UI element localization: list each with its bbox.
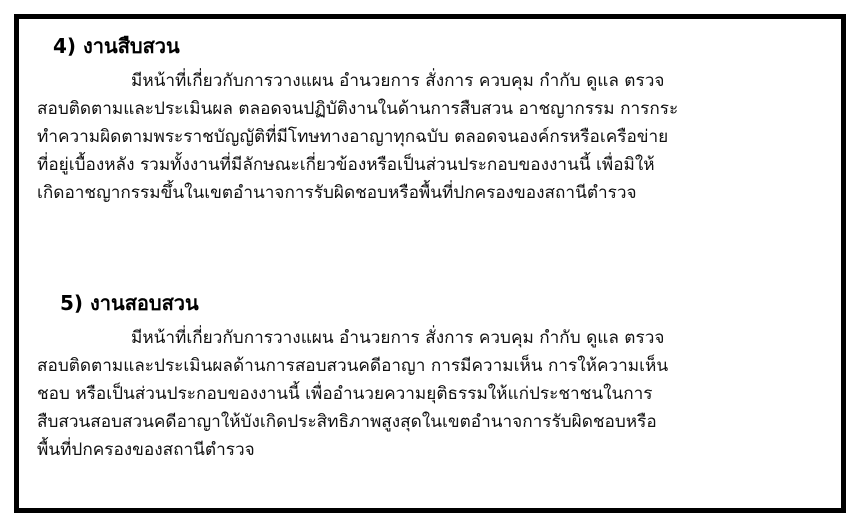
paragraph-line: สอบติดตามและประเมินผล ตลอดจนปฏิบัติงานใน… xyxy=(37,95,678,123)
paragraph-line: ทำความผิดตามพระราชบัญญัติที่มีโทษทางอาญา… xyxy=(37,123,668,151)
paragraph-line: มีหน้าที่เกี่ยวกับการวางแผน อำนวยการ สั่… xyxy=(131,67,664,95)
paragraph-line: สอบติดตามและประเมินผลด้านการสอบสวนคดีอาญ… xyxy=(37,352,668,380)
section-heading: 5) งานสอบสวน xyxy=(60,290,199,316)
paragraph-line: ชอบ หรือเป็นส่วนประกอบของงานนี้ เพื่ออำน… xyxy=(37,380,653,408)
paragraph-line: เกิดอาชญากรรมขึ้นในเขตอำนาจการรับผิดชอบห… xyxy=(37,179,637,207)
paragraph-line: มีหน้าที่เกี่ยวกับการวางแผน อำนวยการ สั่… xyxy=(131,324,664,352)
paragraph-line: พื้นที่ปกครองของสถานีตำรวจ xyxy=(37,436,255,464)
paragraph-line: สืบสวนสอบสวนคดีอาญาให้บังเกิดประสิทธิภาพ… xyxy=(37,408,657,436)
bordered-text-box: 4) งานสืบสวน มีหน้าที่เกี่ยวกับการวางแผน… xyxy=(14,14,846,513)
section-heading: 4) งานสืบสวน xyxy=(53,33,180,59)
paragraph-line: ที่อยู่เบื้องหลัง รวมทั้งงานที่มีลักษณะเ… xyxy=(37,151,655,179)
